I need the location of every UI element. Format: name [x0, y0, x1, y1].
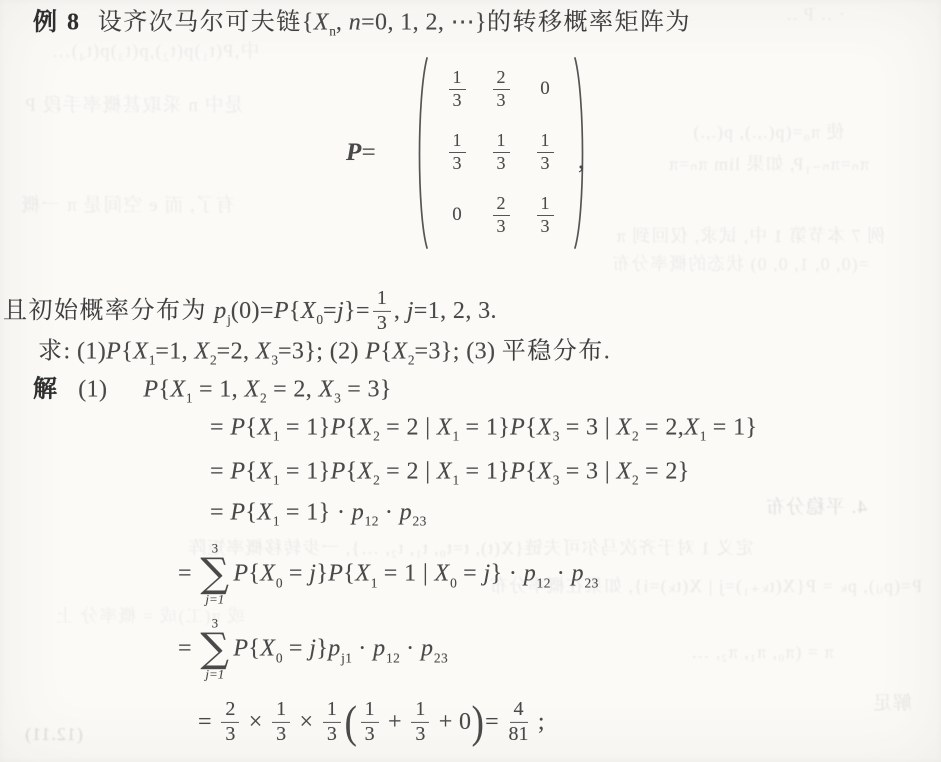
math-var: P [143, 374, 158, 405]
math-var: p23 [572, 558, 599, 589]
matrix-cell: 13 [537, 130, 554, 173]
math-var: p12 [524, 558, 551, 589]
matrix-cell: 13 [537, 193, 554, 236]
math-var: P [328, 558, 343, 589]
big-paren: ) [472, 699, 485, 745]
math-var: p23 [400, 497, 427, 528]
questions-line: 求: (1)P{X1=1, X2=2, X3=3}; (2) P{X2=3}; … [38, 336, 610, 367]
matrix-cell: 23 [493, 193, 510, 236]
matrix-cell: 13 [493, 130, 510, 173]
math-var: X1 [257, 412, 279, 443]
math-var: P [230, 412, 245, 443]
matrix-trailing-comma: , [578, 143, 585, 177]
fraction: 13 [361, 699, 379, 745]
math-var: j [309, 633, 316, 664]
bleedthrough-fragment: · ‥ P ‥ [700, 4, 930, 25]
math-var: j [483, 558, 490, 589]
math-var: P [331, 456, 346, 487]
math-var: X2 [358, 412, 380, 443]
solution-line-1: 解(1)P{X1 = 1, X2 = 2, X3 = 3} [33, 374, 392, 405]
math-var: X3 [256, 336, 278, 367]
math-var: X1 [133, 336, 155, 367]
math-var: P [230, 456, 245, 487]
matrix-grid: 1323013131302313 [430, 55, 572, 251]
math-var: P [274, 295, 289, 326]
math-var: j [407, 295, 414, 326]
fraction: 13 [411, 699, 429, 745]
math-var: j [309, 558, 316, 589]
math-var: X3 [319, 374, 341, 405]
bleedthrough-fragment: 例 7 本节第 1 中, 试求, 仅回到 π [560, 222, 941, 248]
scanned-textbook-page: 中,P(t₁)p(t₂),p(t₃)p(t₄)…· ‥ P ‥是中 n 采取甚概… [0, 0, 941, 762]
example-heading: 例 8设齐次马尔可夫链{Xn, n=0, 1, 2, ⋯}的转移概率矩阵为 [33, 7, 691, 38]
bleedthrough-fragment: 使 π₀=(p(.,.), p(.,.) [596, 118, 941, 144]
math-var: X1 [684, 412, 706, 443]
math-var: X1 [257, 456, 279, 487]
math-var: pj [214, 295, 231, 326]
math-var: X0 [260, 558, 282, 589]
math-var: X0 [435, 558, 457, 589]
math-var: p12 [373, 633, 400, 664]
bleedthrough-fragment: =(0, 0, 1, 0, 0) 状态的概率分布 [560, 250, 920, 276]
math-var: pj1 [328, 633, 352, 664]
matrix-cell: 0 [452, 204, 462, 226]
bleedthrough-fragment: 有了, 而 e 空间是 π 一概 [0, 190, 255, 217]
initial-distribution-line: 且初始概率分布为pj(0)=P{X0=j}=13, j=1, 2, 3. [3, 288, 497, 334]
math-var: X0 [301, 295, 323, 326]
math-var: p23 [421, 633, 448, 664]
matrix-cell: 13 [449, 130, 466, 173]
math-var: P [346, 137, 362, 170]
math-var: X1 [437, 456, 459, 487]
fraction: 13 [272, 699, 290, 745]
math-var: X1 [257, 497, 279, 528]
matrix-left-paren [414, 55, 430, 251]
math-var: P [230, 497, 245, 528]
solution-line-5: = 3∑j=1P{X0 = j}P{X1 = 1 | X0 = j} · p12… [178, 541, 598, 606]
math-var: X2 [194, 336, 216, 367]
bleedthrough-fragment: (12.11) [6, 724, 101, 745]
transition-matrix: 1323013131302313 [414, 55, 588, 251]
math-var: X2 [358, 456, 380, 487]
math-var: X0 [260, 633, 282, 664]
math-var: P [233, 558, 248, 589]
math-var: X3 [537, 456, 559, 487]
bleedthrough-fragment: 是中 n 采取甚概率手段 P [0, 90, 268, 117]
math-var: n [349, 7, 361, 38]
math-var: Xn [314, 7, 336, 38]
math-var: P [233, 633, 248, 664]
math-var: X1 [355, 558, 377, 589]
math-var: j [337, 295, 344, 326]
solution-line-2: = P{X1 = 1}P{X2 = 2 | X1 = 1}P{X3 = 3 | … [210, 412, 757, 443]
matrix-cell: 0 [540, 78, 550, 100]
fraction: 13 [323, 699, 341, 745]
fraction: 13 [373, 288, 391, 334]
solution-line-7: = 23 × 13 × 13(13 + 13 + 0)= 481 ; [198, 699, 545, 745]
big-paren: ( [344, 699, 357, 745]
solution-line-4: = P{X1 = 1} · p12 · p23 [210, 497, 426, 528]
math-var: P [106, 336, 121, 367]
math-var: X1 [437, 412, 459, 443]
math-var: X2 [616, 456, 638, 487]
bleedthrough-fragment: 4. 平稳分布 [726, 492, 906, 519]
bleedthrough-fragment: πₙ=πₙ₋₁P, 如果 lim πₙ=π [596, 150, 941, 176]
bleedthrough-fragment: 中,P(t₁)p(t₂),p(t₃)p(t₄)… [0, 36, 310, 63]
matrix-cell: 23 [493, 67, 510, 110]
math-var: X2 [392, 336, 414, 367]
math-var: P [331, 412, 346, 443]
summation: 3∑j=1 [200, 616, 229, 681]
solution-line-6: = 3∑j=1P{X0 = j}pj1 · p12 · p23 [178, 616, 448, 681]
math-var: X2 [616, 412, 638, 443]
solution-line-3: = P{X1 = 1}P{X2 = 2 | X1 = 1}P{X3 = 3 | … [210, 456, 690, 487]
matrix-cell: 13 [449, 67, 466, 110]
math-var: X3 [537, 412, 559, 443]
math-var: P [510, 456, 525, 487]
summation: 3∑j=1 [200, 541, 229, 606]
math-var: X2 [244, 374, 266, 405]
bleedthrough-fragment: 解足 [852, 688, 932, 715]
fraction: 23 [221, 699, 239, 745]
fraction: 481 [509, 699, 529, 745]
matrix-label: P= [346, 137, 376, 170]
math-var: p12 [352, 497, 379, 528]
bleedthrough-fragment: π = (π₀, π₁, π₂, … [612, 642, 912, 663]
math-var: X1 [170, 374, 192, 405]
math-var: P [510, 412, 525, 443]
math-var: P [365, 336, 380, 367]
